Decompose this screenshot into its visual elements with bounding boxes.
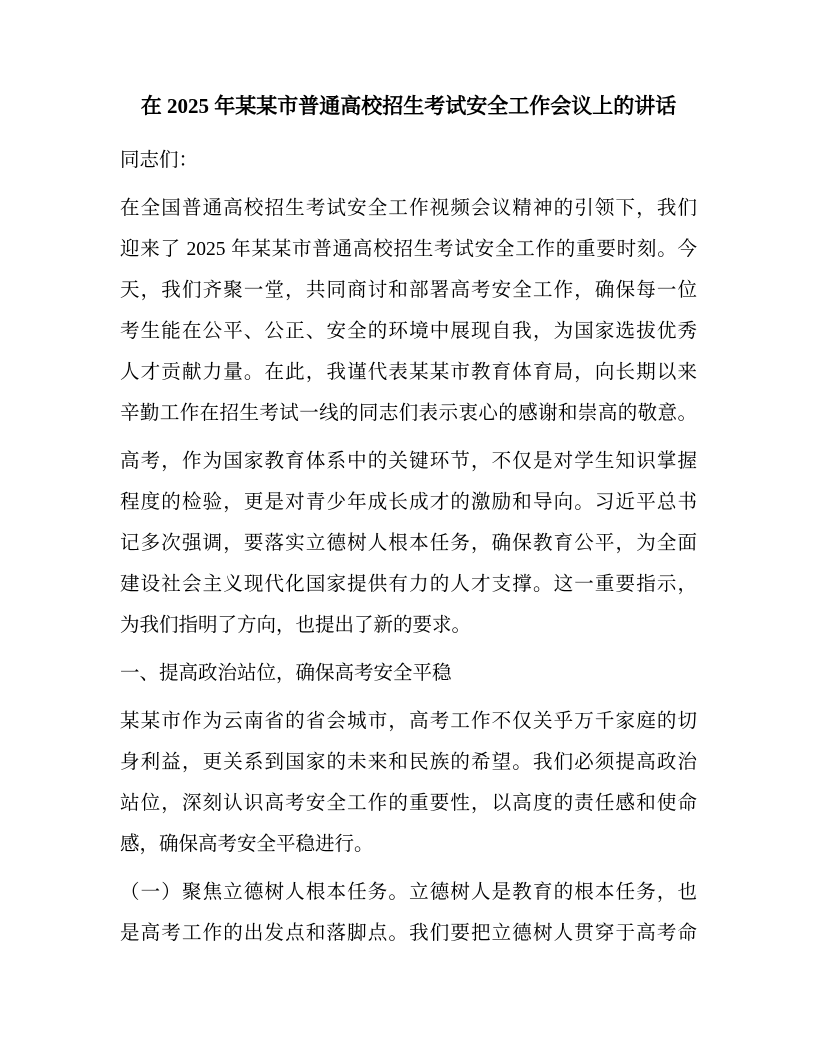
text-line: 身利益，更关系到国家的未来和民族的希望。我们必须提高政治 [120,742,697,783]
text-line: 同志们： [120,140,697,181]
doc-body: 同志们：在全国普通高校招生考试安全工作视频会议精神的引领下，我们迎来了 2025… [120,140,697,954]
text-line: 一、提高政治站位，确保高考安全平稳 [120,653,697,694]
para-city-position: 某某市作为云南省的省会城市，高考工作不仅关乎万千家庭的切身利益，更关系到国家的未… [120,701,697,865]
text-line: 站位，深刻认识高考安全工作的重要性，以高度的责任感和使命 [120,783,697,824]
text-line: （一）聚焦立德树人根本任务。立德树人是教育的根本任务，也 [120,872,697,913]
text-line: 程度的检验，更是对青少年成长成才的激励和导向。习近平总书 [120,482,697,523]
salutation: 同志们： [120,140,697,181]
para-lideshuren: （一）聚焦立德树人根本任务。立德树人是教育的根本任务，也是高考工作的出发点和落脚… [120,872,697,954]
text-line: 考生能在公平、公正、安全的环境中展现自我，为国家选拔优秀 [120,311,697,352]
text-line: 是高考工作的出发点和落脚点。我们要把立德树人贯穿于高考命 [120,913,697,954]
para-opening: 在全国普通高校招生考试安全工作视频会议精神的引领下，我们迎来了 2025 年某某… [120,188,697,434]
text-line: 迎来了 2025 年某某市普通高校招生考试安全工作的重要时刻。今 [120,229,697,270]
text-line: 人才贡献力量。在此，我谨代表某某市教育体育局，向长期以来 [120,352,697,393]
text-line: 天，我们齐聚一堂，共同商讨和部署高考安全工作，确保每一位 [120,270,697,311]
text-line: 记多次强调，要落实立德树人根本任务，确保教育公平，为全面 [120,523,697,564]
document-page: 在 2025 年某某市普通高校招生考试安全工作会议上的讲话 同志们：在全国普通高… [0,0,816,1056]
heading-section-one: 一、提高政治站位，确保高考安全平稳 [120,653,697,694]
doc-title: 在 2025 年某某市普通高校招生考试安全工作会议上的讲话 [120,92,697,120]
text-line: 建设社会主义现代化国家提供有力的人才支撑。这一重要指示， [120,564,697,605]
text-line: 某某市作为云南省的省会城市，高考工作不仅关乎万千家庭的切 [120,701,697,742]
text-line: 感，确保高考安全平稳进行。 [120,824,697,865]
text-line: 为我们指明了方向，也提出了新的要求。 [120,605,697,646]
text-line: 在全国普通高校招生考试安全工作视频会议精神的引领下，我们 [120,188,697,229]
text-line: 高考，作为国家教育体系中的关键环节，不仅是对学生知识掌握 [120,441,697,482]
para-gaokao-significance: 高考，作为国家教育体系中的关键环节，不仅是对学生知识掌握程度的检验，更是对青少年… [120,441,697,646]
text-line: 辛勤工作在招生考试一线的同志们表示衷心的感谢和崇高的敬意。 [120,393,697,434]
